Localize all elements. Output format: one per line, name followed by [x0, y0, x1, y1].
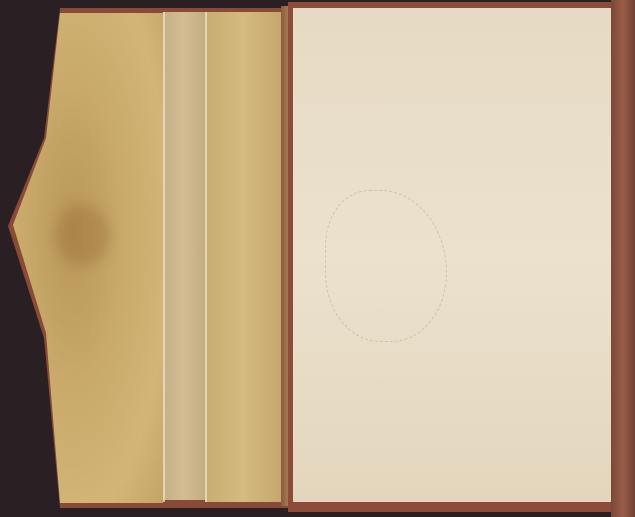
fold-crease	[163, 12, 165, 502]
book-binding: Photograph of an antique vellum book bin…	[0, 0, 635, 517]
spine-panel-right	[205, 12, 281, 502]
fold-crease	[205, 12, 207, 502]
stain-mark	[55, 205, 110, 265]
image-description: Photograph of an antique vellum book bin…	[0, 0, 1, 1]
page-block-edge	[611, 0, 635, 517]
spine-panel-left	[163, 12, 205, 500]
